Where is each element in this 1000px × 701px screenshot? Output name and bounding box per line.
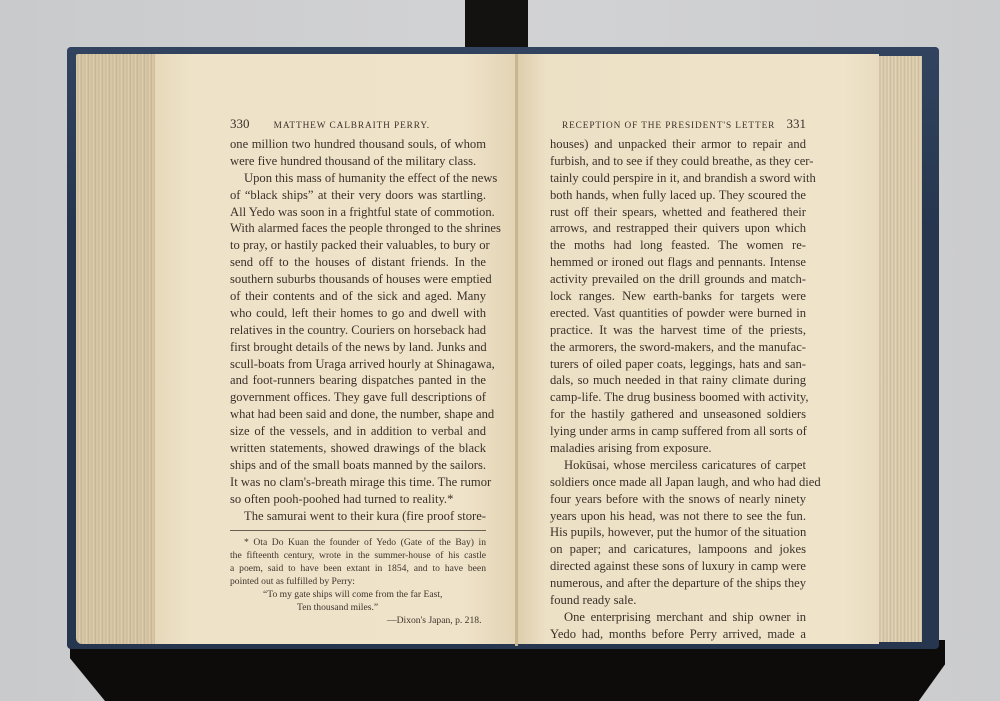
text-line: a poem, said to have been extant in 1854… [230, 563, 486, 576]
text-line: the moths had long feasted. The women re… [550, 237, 806, 254]
text-line: size of the vessels, and in addition to … [230, 423, 486, 440]
text-line: furbish, and to see if they could breath… [550, 153, 806, 170]
footnote-body: * Ota Do Kuan the founder of Yedo (Gate … [230, 537, 486, 589]
right-running-head: RECEPTION OF THE PRESIDENT'S LETTER 331 [550, 116, 806, 136]
text-line: ships and of the small boats manned by t… [230, 457, 486, 474]
running-head-title: RECEPTION OF THE PRESIDENT'S LETTER [562, 118, 775, 135]
text-line: of their contents and of the sick and ag… [230, 288, 486, 305]
text-line: practice. It was the harvest time of the… [550, 322, 806, 339]
text-line: numerous, and after the departure of the… [550, 575, 806, 592]
text-line: One enterprising merchant and ship owner… [550, 609, 806, 626]
text-line: With alarmed faces the people thronged t… [230, 220, 486, 237]
text-line: for the hastily gathered and unseasoned … [550, 406, 806, 423]
text-line: found ready sale. [550, 592, 806, 609]
text-line: relatives in the country. Couriers on ho… [230, 322, 486, 339]
text-line: southern suburbs thousands of houses wer… [230, 271, 486, 288]
text-line: first brought details of the news by lan… [230, 339, 486, 356]
right-body-text: houses) and unpacked their armor to repa… [550, 136, 806, 643]
footnote-attribution: —Dixon's Japan, p. 218. [230, 615, 486, 628]
left-running-head: 330 MATTHEW CALBRAITH PERRY. [230, 116, 486, 136]
book-gutter [515, 54, 518, 646]
text-line: pointed out as fulfilled by Perry: [230, 576, 486, 589]
text-line: four years before with the snows of near… [550, 491, 806, 508]
page-number: 330 [230, 116, 250, 133]
text-line: camp-life. The drug business boomed with… [550, 389, 806, 406]
book-shadow [70, 640, 945, 701]
text-line: dals, so much needed in that rainy clima… [550, 372, 806, 389]
text-line: tainly could perspire in it, and brandis… [550, 170, 806, 187]
text-line: hemmed or ironed out flags and pennants.… [550, 254, 806, 271]
bookmark-ribbon [465, 0, 528, 52]
text-line: lying under arms in camp suffered from a… [550, 423, 806, 440]
text-line: It was no clam's-breath mirage this time… [230, 474, 486, 491]
text-line: Upon this mass of humanity the effect of… [230, 170, 486, 187]
text-line: All Yedo was soon in a frightful state o… [230, 204, 486, 221]
text-line: and foot-runners bearing dispatches pant… [230, 372, 486, 389]
text-line: were five hundred thousand of the milita… [230, 153, 486, 170]
text-line: lock ranges. New earth-banks for targets… [550, 288, 806, 305]
text-line: * Ota Do Kuan the founder of Yedo (Gate … [230, 537, 486, 550]
text-line: houses) and unpacked their armor to repa… [550, 136, 806, 153]
left-body-text: one million two hundred thousand souls, … [230, 136, 486, 524]
text-line: rust off their spears, whetted and feath… [550, 204, 806, 221]
text-line: Yedo had, months before Perry arrived, m… [550, 626, 806, 643]
text-line: so often pooh-poohed had turned to reali… [230, 491, 486, 508]
text-line: to pray, or hastily packed their valuabl… [230, 237, 486, 254]
text-line: the armorers, the sword-makers, and the … [550, 339, 806, 356]
text-line: activity prevailed on the drill grounds … [550, 271, 806, 288]
text-line: of “black ships” at their very doors was… [230, 187, 486, 204]
text-line: the fifteenth century, wrote in the summ… [230, 550, 486, 563]
text-line: government offices. They gave full descr… [230, 389, 486, 406]
page-edges-left [76, 54, 156, 644]
footnote-quote-line: Ten thousand miles.” [230, 602, 486, 615]
footnote: * Ota Do Kuan the founder of Yedo (Gate … [230, 537, 486, 627]
text-line: who could, left their homes to go and dw… [230, 305, 486, 322]
text-line: erected. Vast quantities of powder were … [550, 305, 806, 322]
text-line: years upon his head, was not there to se… [550, 508, 806, 525]
text-line: soldiers once made all Japan laugh, and … [550, 474, 806, 491]
text-line: on paper; and caricatures, lampoons and … [550, 541, 806, 558]
left-page-text: 330 MATTHEW CALBRAITH PERRY. one million… [230, 116, 486, 628]
running-head-title: MATTHEW CALBRAITH PERRY. [274, 118, 430, 135]
footnote-quote-line: “To my gate ships will come from the far… [230, 589, 486, 602]
text-line: directed against these sons of luxury in… [550, 558, 806, 575]
text-line: scull-boats from Uraga arrived hourly at… [230, 356, 486, 373]
text-line: send off to the houses of distant friend… [230, 254, 486, 271]
text-line: His pupils, however, put the humor of th… [550, 524, 806, 541]
text-line: maladies arising from exposure. [550, 440, 806, 457]
text-line: both hands, when fully laced up. They sc… [550, 187, 806, 204]
text-line: arrows, and restrapped their quivers upo… [550, 220, 806, 237]
page-edges-right [878, 56, 922, 642]
page-number: 331 [787, 116, 807, 133]
text-line: written statements, showed drawings of t… [230, 440, 486, 457]
right-page-text: RECEPTION OF THE PRESIDENT'S LETTER 331 … [550, 116, 806, 643]
text-line: Hokūsai, whose merciless caricatures of … [550, 457, 806, 474]
text-line: The samurai went to their kura (fire pro… [230, 508, 486, 525]
text-line: turers of oiled paper coats, leggings, h… [550, 356, 806, 373]
text-line: one million two hundred thousand souls, … [230, 136, 486, 153]
text-line: what had been said and done, the number,… [230, 406, 486, 423]
footnote-rule [230, 530, 486, 531]
